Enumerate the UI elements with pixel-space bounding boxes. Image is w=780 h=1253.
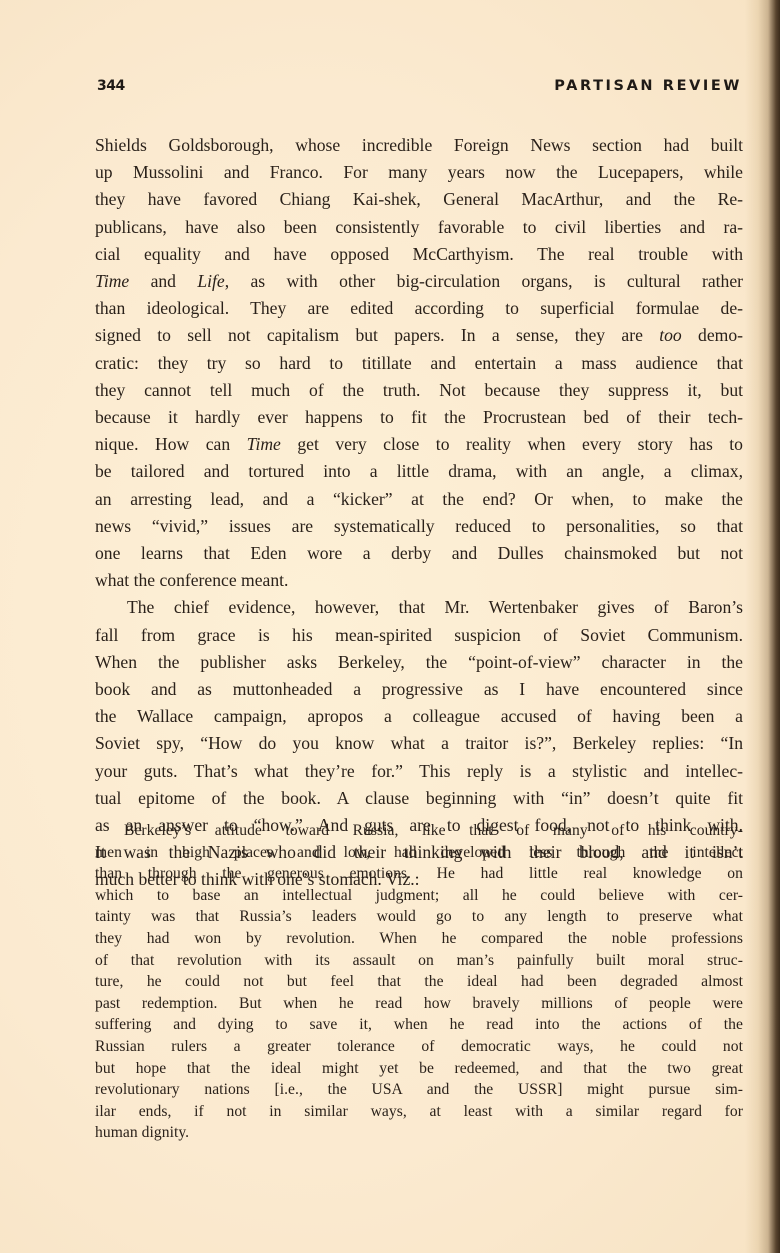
quote-line: but hope that the ideal might yet be red… bbox=[95, 1058, 743, 1080]
text-line: publicans, have also been consistently f… bbox=[95, 214, 743, 241]
text-line: book and as muttonheaded a progressive a… bbox=[95, 676, 743, 703]
page-number: 344 bbox=[97, 78, 125, 94]
text-line: because it hardly ever happens to fit th… bbox=[95, 404, 743, 431]
text-line: tual epitome of the book. A clause begin… bbox=[95, 785, 743, 812]
quote-line: past redemption. But when he read how br… bbox=[95, 993, 743, 1015]
italic-title-time: Time bbox=[95, 271, 129, 291]
text-line: When the publisher asks Berkeley, the “p… bbox=[95, 649, 743, 676]
running-head: 344 PARTISAN REVIEW bbox=[97, 78, 742, 100]
italic-emphasis-too: too bbox=[659, 325, 681, 345]
text-line: The chief evidence, however, that Mr. We… bbox=[95, 594, 743, 621]
quote-line: of that revolution with its assault on m… bbox=[95, 950, 743, 972]
quote-line: ilar ends, if not in similar ways, at le… bbox=[95, 1101, 743, 1123]
text-line: they cannot tell much of the truth. Not … bbox=[95, 377, 743, 404]
paragraph-1: Shields Goldsborough, whose incredible F… bbox=[95, 132, 743, 594]
text-line: be tailored and tortured into a little d… bbox=[95, 458, 743, 485]
text-line: your guts. That’s what they’re for.” Thi… bbox=[95, 758, 743, 785]
text-line: the Wallace campaign, apropos a colleagu… bbox=[95, 703, 743, 730]
text-line: Soviet spy, “How do you know what a trai… bbox=[95, 730, 743, 757]
text-line: cratic: they try so hard to titillate an… bbox=[95, 350, 743, 377]
journal-title: PARTISAN REVIEW bbox=[554, 78, 742, 94]
italic-title-time: Time bbox=[247, 434, 281, 454]
text-line: nique. How can Time get very close to re… bbox=[95, 431, 743, 458]
quote-line: suffering and dying to save it, when he … bbox=[95, 1014, 743, 1036]
quote-line: they had won by revolution. When he comp… bbox=[95, 928, 743, 950]
quote-line: Russian rulers a greater tolerance of de… bbox=[95, 1036, 743, 1058]
quote-line: which to base an intellectual judgment; … bbox=[95, 885, 743, 907]
quote-line: ture, he could not but feel that the ide… bbox=[95, 971, 743, 993]
body-text: Shields Goldsborough, whose incredible F… bbox=[95, 132, 743, 894]
quote-line: tainty was that Russia’s leaders would g… bbox=[95, 906, 743, 928]
text-line: cial equality and have opposed McCarthyi… bbox=[95, 241, 743, 268]
quote-line: than through the generous emotions. He h… bbox=[95, 863, 743, 885]
block-quote: Berkeley’s attitude toward Russia, like … bbox=[95, 820, 743, 1144]
text-line: what the conference meant. bbox=[95, 567, 743, 594]
text-line: they have favored Chiang Kai-shek, Gener… bbox=[95, 186, 743, 213]
quote-line: Berkeley’s attitude toward Russia, like … bbox=[95, 820, 743, 842]
book-page: 344 PARTISAN REVIEW Shields Goldsborough… bbox=[0, 0, 780, 1253]
text-line: fall from grace is his mean-spirited sus… bbox=[95, 622, 743, 649]
italic-title-life: Life bbox=[197, 271, 224, 291]
text-line: Time and Life, as with other big-circula… bbox=[95, 268, 743, 295]
text-line: up Mussolini and Franco. For many years … bbox=[95, 159, 743, 186]
text-line: one learns that Eden wore a derby and Du… bbox=[95, 540, 743, 567]
text-line: Shields Goldsborough, whose incredible F… bbox=[95, 132, 743, 159]
quote-line: human dignity. bbox=[95, 1122, 743, 1144]
text-line: an arresting lead, and a “kicker” at the… bbox=[95, 486, 743, 513]
quote-line: revolutionary nations [i.e., the USA and… bbox=[95, 1079, 743, 1101]
quote-line: men in high places and low, had develope… bbox=[95, 842, 743, 864]
text-line: news “vivid,” issues are systematically … bbox=[95, 513, 743, 540]
text-line: than ideological. They are edited accord… bbox=[95, 295, 743, 322]
text-line: signed to sell not capitalism but papers… bbox=[95, 322, 743, 349]
